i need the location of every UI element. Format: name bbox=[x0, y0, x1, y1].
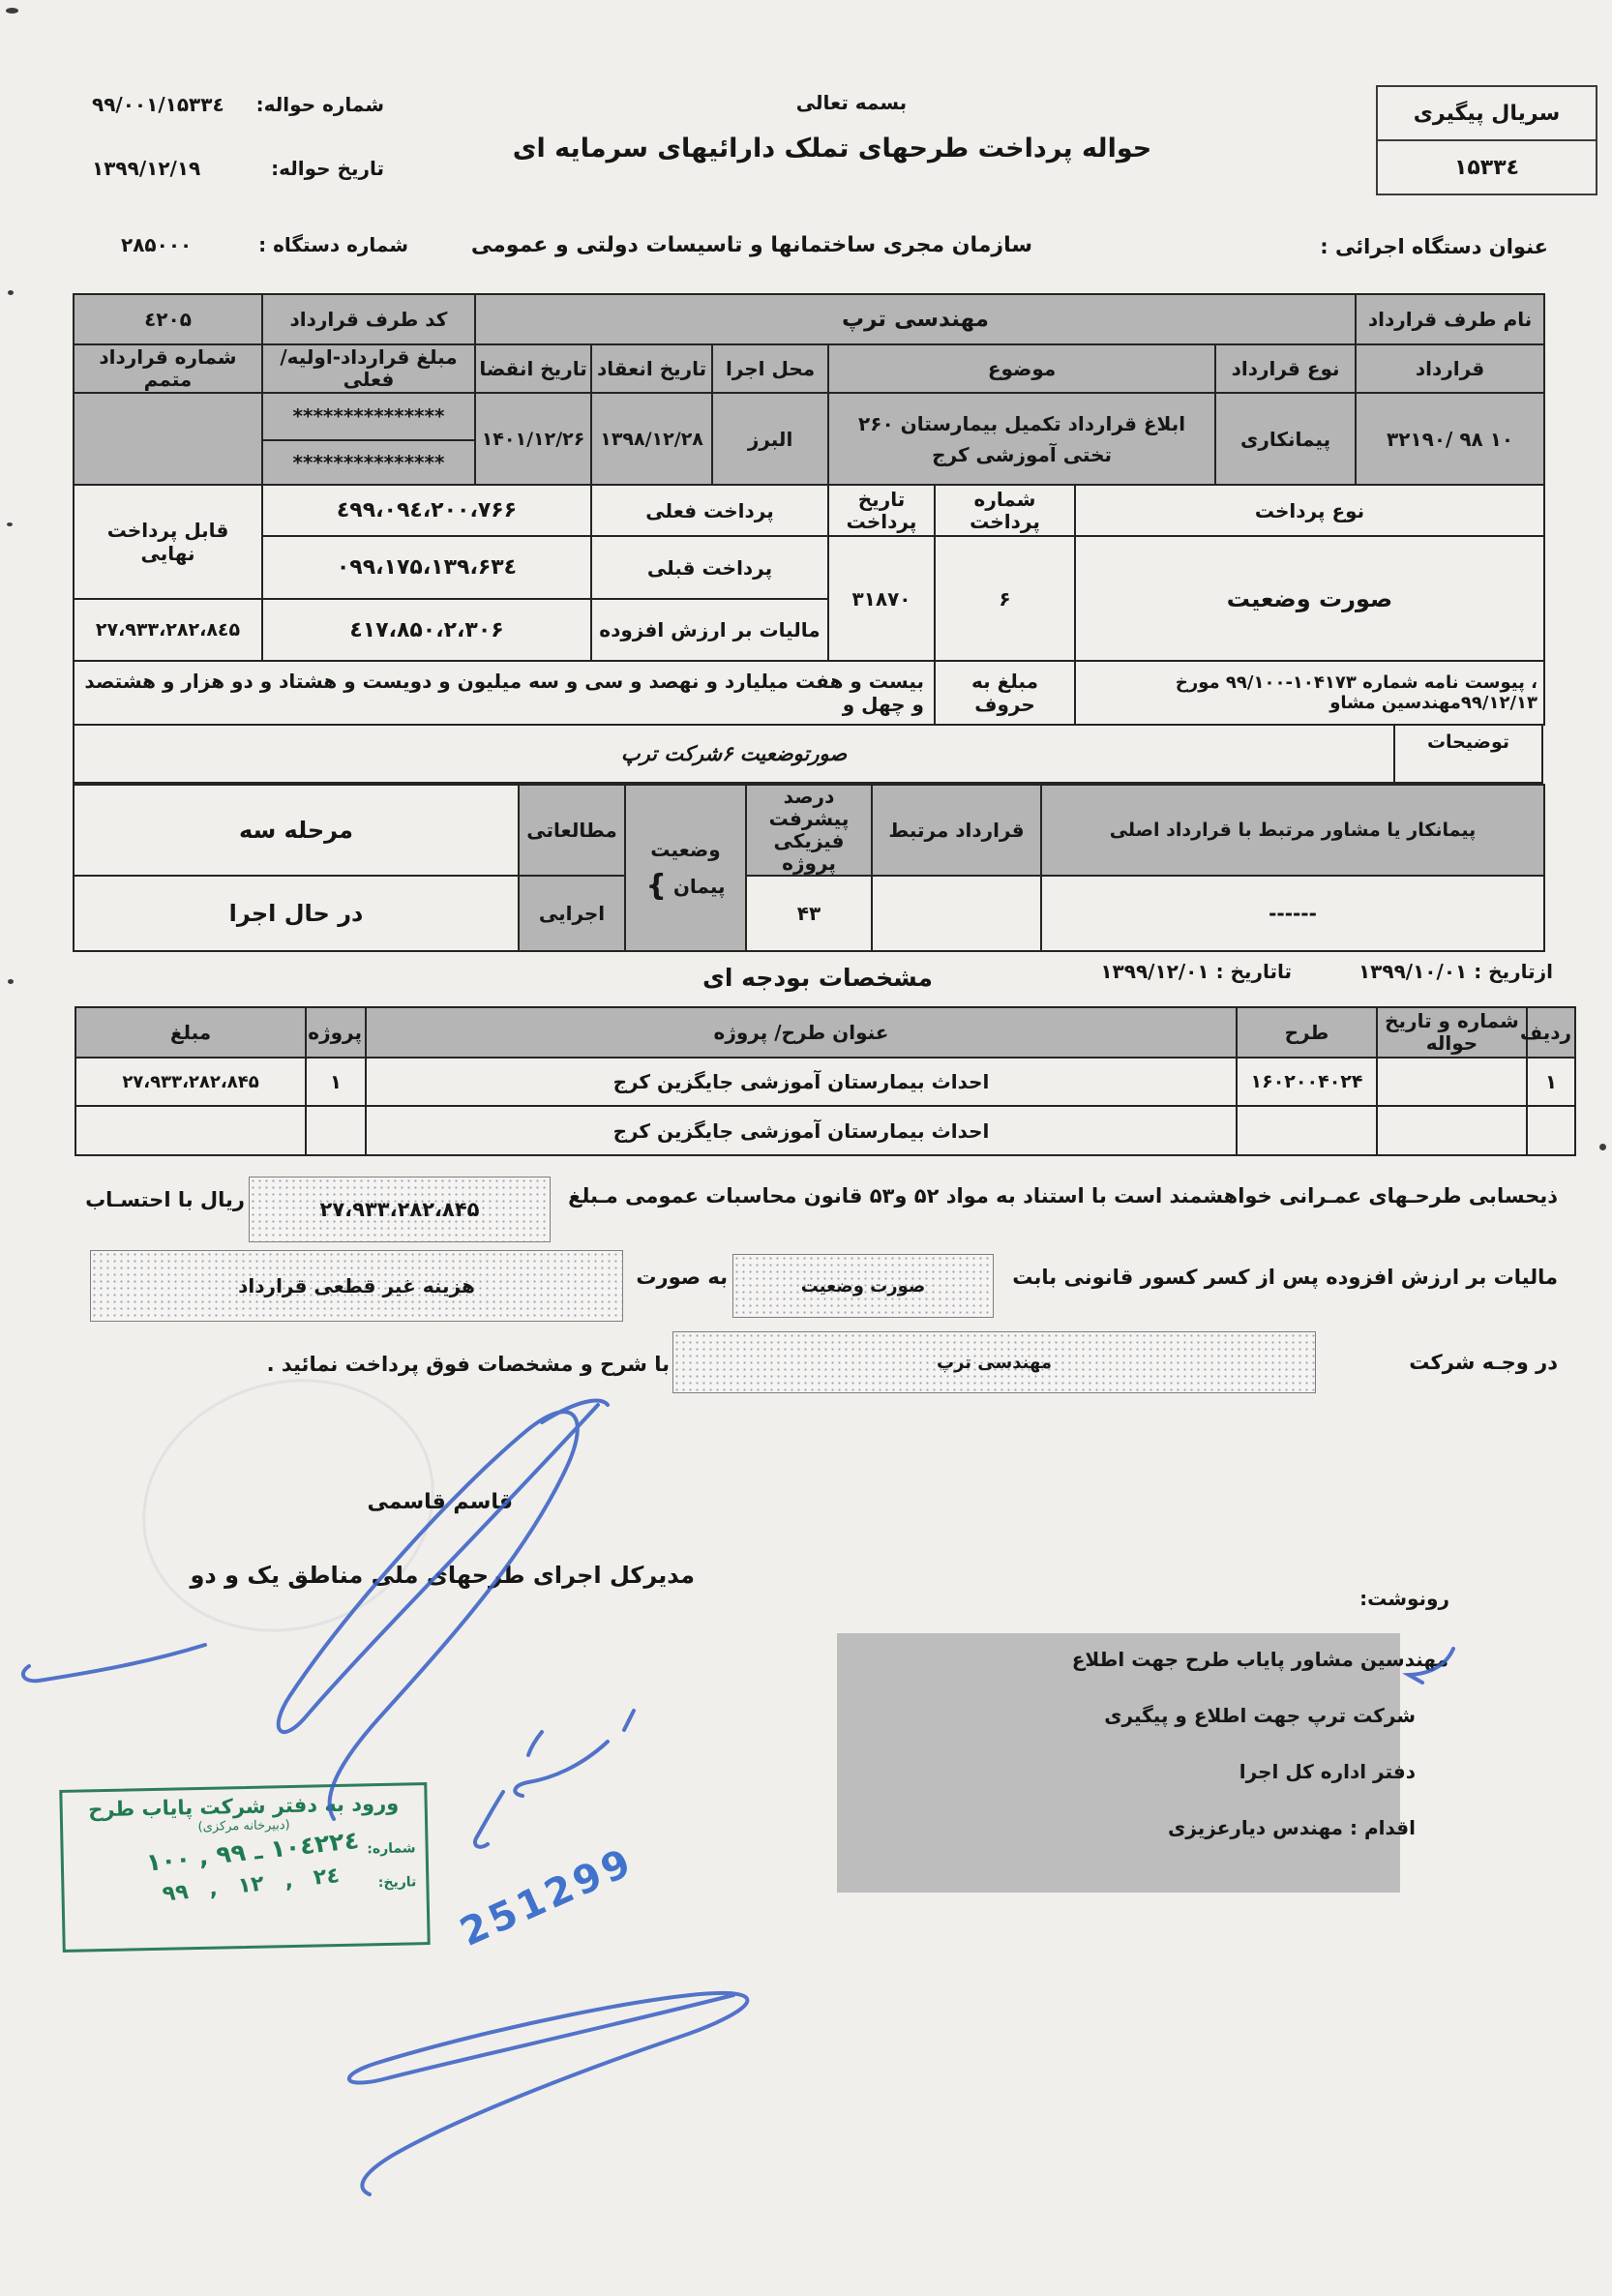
status-progress-label: درصد پیشرفت فیزیکی پروژه bbox=[746, 785, 872, 876]
contract-subject-line2: تختی آموزشی کرج bbox=[832, 443, 1211, 466]
contract-sign-date-value: ۱۳۹۸/۱۲/۲۸ bbox=[591, 393, 712, 485]
state-brace-glyph: { bbox=[646, 869, 667, 903]
budget-col-plan: طرح bbox=[1237, 1007, 1377, 1058]
budget-row-no: ۱ bbox=[1527, 1058, 1575, 1106]
status-related-contract-value bbox=[872, 876, 1041, 951]
statement-line2-mid: به صورت bbox=[631, 1266, 728, 1289]
budget-col-title: عنوان طرح/ پروژه bbox=[366, 1007, 1237, 1058]
budget-from-date: ازتاریخ : ۱۳۹۹/۱۰/۰۱ bbox=[1335, 960, 1553, 983]
payment-vat-label: مالیات بر ارزش افزوده bbox=[591, 599, 828, 661]
status-state-label: وضعیت پیمان { bbox=[625, 785, 746, 951]
handwriting-stroke-1 bbox=[624, 1711, 634, 1730]
contract-party-code-value: ٤۲۰۵ bbox=[74, 294, 262, 344]
statement-line3-right: در وجـه شرکت bbox=[1401, 1351, 1558, 1374]
payment-words-value: بیست و هفت میلیارد و نهصد و سی و سه میلی… bbox=[74, 661, 935, 725]
contract-location-label: محل اجرا bbox=[712, 344, 828, 393]
payment-type-value: صورت وضعیت bbox=[1075, 536, 1544, 661]
payment-previous-label: پرداخت قبلی bbox=[591, 536, 828, 599]
payment-date-label: تاریخ پرداخت bbox=[828, 485, 935, 536]
status-study-label: مطالعاتی bbox=[519, 785, 625, 876]
statement-line3-left: با شرح و مشخصات فوق پرداخت نمائید . bbox=[283, 1353, 670, 1376]
hawaleh-date-value: ۱۳۹۹/۱۲/۱۹ bbox=[92, 157, 200, 180]
contract-type-label: نوع قرارداد bbox=[1215, 344, 1356, 393]
hawaleh-number-row: شماره حواله: ۹۹/۰۰۱/۱۵۳۳٤ bbox=[92, 93, 384, 116]
budget-project-no-2 bbox=[306, 1106, 366, 1155]
payment-current-label: پرداخت فعلی bbox=[591, 485, 828, 536]
budget-col-project: پروژه bbox=[306, 1007, 366, 1058]
signer-name: قاسم قاسمی bbox=[329, 1490, 513, 1514]
signer-title: مدیرکل اجرای طرحهای ملی مناطق یک و دو bbox=[172, 1562, 695, 1589]
cc-item-1: مهندسین مشاور پایاب طرح جهت اطلاع bbox=[1072, 1648, 1448, 1671]
budget-title-line2: احداث بیمارستان آموزشی جایگزین کرج bbox=[366, 1106, 1237, 1155]
hawaleh-date-row: تاریخ حواله: ۱۳۹۹/۱۲/۱۹ bbox=[92, 157, 384, 180]
payment-vat-value: ۲،۳۰۶،٤۱۷،۸۵۰ bbox=[262, 599, 591, 661]
handwritten-number: 251299 bbox=[454, 1839, 641, 1955]
contract-party-label: نام طرف قرارداد bbox=[1356, 294, 1544, 344]
payment-no-value: ۶ bbox=[935, 536, 1075, 661]
budget-ref-value bbox=[1377, 1058, 1527, 1106]
scan-speck bbox=[6, 8, 18, 14]
handwriting-stroke-2 bbox=[515, 1742, 608, 1796]
statement-line1-left: ریال با احتسـاب bbox=[56, 1188, 245, 1211]
registry-entry-stamp: ورود به دفتر شرکت پایاب طرح (دبیرخانه مر… bbox=[59, 1782, 430, 1953]
contract-party-code-label: کد طرف قرارداد bbox=[262, 294, 475, 344]
scan-speck bbox=[8, 979, 14, 984]
status-table: پیمانکار یا مشاور مرتبط با قرارداد اصلی … bbox=[73, 784, 1545, 952]
contract-no-value: ۱۰ ۹۸ /۳۲۱۹۰ bbox=[1356, 393, 1544, 485]
contract-supplement-value bbox=[74, 393, 262, 485]
cc-item-2: شرکت ترپ جهت اطلاع و پیگیری bbox=[1104, 1704, 1416, 1727]
budget-row-no-2 bbox=[1527, 1106, 1575, 1155]
status-phase-value: مرحله سه bbox=[74, 785, 519, 876]
payment-attachment-note: ، پیوست نامه شماره ۱۰۴۱۷۳-۹۹/۱۰۰ مورخ ۹۹… bbox=[1075, 661, 1544, 725]
statement-status-box: صورت وضعیت bbox=[732, 1254, 994, 1318]
budget-title: مشخصات بودجه ای bbox=[697, 964, 939, 992]
contract-subject-line1: ابلاغ قرارداد تکمیل بیمارستان ۲۶۰ bbox=[832, 412, 1211, 435]
contract-amount-label: مبلغ قرارداد-اولیه/فعلی bbox=[262, 344, 475, 393]
contract-no-label: قرارداد bbox=[1356, 344, 1544, 393]
hawaleh-number-label: شماره حواله: bbox=[256, 93, 384, 116]
cc-label: رونوشت: bbox=[1343, 1587, 1449, 1610]
tracking-serial-value: ۱۵۳۳٤ bbox=[1378, 139, 1596, 194]
status-progress-value: ۴۳ bbox=[746, 876, 872, 951]
payment-current-value: ۲۰۰،۷۶۶،٤۹۹،۰۹٤ bbox=[262, 485, 591, 536]
scanned-payment-order-page: سریال پیگیری ۱۵۳۳٤ بسمه تعالی حواله پردا… bbox=[0, 0, 1612, 2296]
contract-amount-masked-current: *************** bbox=[263, 441, 474, 484]
stamp-date-label: تاریخ: bbox=[378, 1874, 417, 1891]
budget-col-amount: مبلغ bbox=[75, 1007, 306, 1058]
status-related-contract-label: قرارداد مرتبط bbox=[872, 785, 1041, 876]
flourish-stroke bbox=[349, 1993, 748, 2194]
handwriting-stroke-3 bbox=[528, 1732, 542, 1755]
statement-amount-box: ۲۷،۹۳۳،۲۸۲،۸۴۵ bbox=[249, 1177, 551, 1242]
status-phase-state: در حال اجرا bbox=[74, 876, 519, 951]
contract-location-value: البرز bbox=[712, 393, 828, 485]
payment-table: نوع پرداخت شماره پرداخت تاریخ پرداخت پرد… bbox=[73, 484, 1545, 726]
payment-previous-value: ۱۷۵،۱۳۹،۶۳٤،۰۹۹ bbox=[262, 536, 591, 599]
payment-type-label: نوع پرداخت bbox=[1075, 485, 1544, 536]
contract-type-value: پیمانکاری bbox=[1215, 393, 1356, 485]
budget-plan-code: ۱۶۰۲۰۰۴۰۲۴ bbox=[1237, 1058, 1377, 1106]
contract-subject-value: ابلاغ قرارداد تکمیل بیمارستان ۲۶۰ تختی آ… bbox=[828, 393, 1215, 485]
budget-col-row: ردیف bbox=[1527, 1007, 1575, 1058]
budget-ref-value-2 bbox=[1377, 1106, 1527, 1155]
contract-subject-label: موضوع bbox=[828, 344, 1215, 393]
payment-words-label: مبلغ به حروف bbox=[935, 661, 1075, 725]
agency-name: سازمان مجری ساختمانها و تاسیسات دولتی و … bbox=[612, 233, 1032, 257]
payment-date-value: ۳۱۸۷۰ bbox=[828, 536, 935, 661]
contract-supplement-label: شماره قرارداد متمم bbox=[74, 344, 262, 393]
tracking-serial-label: سریال پیگیری bbox=[1378, 87, 1596, 139]
device-number-label: شماره دستگاه : bbox=[258, 233, 408, 256]
budget-col-ref: شماره و تاریخ حواله bbox=[1377, 1007, 1527, 1058]
hawaleh-date-label: تاریخ حواله: bbox=[271, 157, 384, 180]
page-title: حواله پرداخت طرحهای تملک دارائیهای سرمای… bbox=[445, 134, 1219, 164]
device-number-row: شماره دستگاه : ۲۸۵۰۰۰ bbox=[121, 233, 408, 256]
agency-label: عنوان دستگاه اجرائی : bbox=[1353, 235, 1548, 258]
status-progress-label-line1: درصد پیشرفت bbox=[750, 786, 868, 830]
budget-amount-2 bbox=[75, 1106, 306, 1155]
contract-expire-date-label: تاریخ انقضا bbox=[475, 344, 591, 393]
status-state-word2: پیمان { bbox=[629, 875, 742, 898]
contract-amount-masked-initial: *************** bbox=[263, 394, 474, 441]
handwriting-stroke-4 bbox=[475, 1792, 503, 1847]
scan-speck bbox=[7, 522, 13, 526]
contract-amount-masked: *************** *************** bbox=[262, 393, 475, 485]
budget-amount: ۲۷،۹۳۳،۲۸۲،۸۴۵ bbox=[75, 1058, 306, 1106]
stamp-number-label: شماره: bbox=[367, 1840, 416, 1857]
payment-final-label: قابل پرداخت نهایی bbox=[74, 485, 262, 599]
cc-item-3: دفتر اداره کل اجرا bbox=[1239, 1760, 1416, 1783]
contract-table: نام طرف قرارداد مهندسی ترپ کد طرف قراردا… bbox=[73, 293, 1545, 486]
status-related-label: پیمانکار یا مشاور مرتبط با قرارداد اصلی bbox=[1041, 785, 1544, 876]
contract-expire-date-value: ۱۴۰۱/۱۲/۲۶ bbox=[475, 393, 591, 485]
payment-no-label: شماره پرداخت bbox=[935, 485, 1075, 536]
budget-project-no: ۱ bbox=[306, 1058, 366, 1106]
statement-line1-right: ذیحسابی طرحـهای عمـرانی خواهشمند است با … bbox=[561, 1184, 1558, 1208]
signature-stroke-top bbox=[542, 1401, 608, 1422]
statement-line2-right: مالیات بر ارزش افزوده پس از کسر کسور قان… bbox=[1001, 1266, 1558, 1289]
remarks-strip: توضیحات صورتوضعیت ۶شرکت ترپ bbox=[73, 724, 1543, 784]
signature-stroke-tail bbox=[23, 1645, 205, 1681]
payment-final-value: ۲۷،۹۳۳،۲۸۲،۸٤۵ bbox=[74, 599, 262, 661]
status-progress-label-line2: فیزیکی پروژه bbox=[750, 830, 868, 875]
status-exec-label: اجرایی bbox=[519, 876, 625, 951]
contract-party-name: مهندسی ترپ bbox=[475, 294, 1356, 344]
scan-speck bbox=[8, 290, 14, 295]
status-state-word1: وضعیت bbox=[629, 838, 742, 861]
status-related-value: ------ bbox=[1041, 876, 1544, 951]
tracking-serial-box: سریال پیگیری ۱۵۳۳٤ bbox=[1376, 85, 1597, 195]
contract-sign-date-label: تاریخ انعقاد bbox=[591, 344, 712, 393]
budget-plan-code-2 bbox=[1237, 1106, 1377, 1155]
scan-speck bbox=[1599, 1144, 1606, 1150]
statement-payee-box: مهندسی ترپ bbox=[672, 1331, 1316, 1393]
bismillah: بسمه تعالی bbox=[658, 91, 1045, 114]
budget-to-date: تاتاریخ : ۱۳۹۹/۱۲/۰۱ bbox=[1064, 960, 1292, 983]
device-number-value: ۲۸۵۰۰۰ bbox=[121, 233, 192, 256]
budget-table: ردیف شماره و تاریخ حواله طرح عنوان طرح/ … bbox=[75, 1006, 1576, 1156]
budget-title-line1: احداث بیمارستان آموزشی جایگزین کرج bbox=[366, 1058, 1237, 1106]
hawaleh-number-value: ۹۹/۰۰۱/۱۵۳۳٤ bbox=[92, 93, 224, 116]
statement-expense-box: هزینه غیر قطعی قرارداد bbox=[90, 1250, 623, 1322]
remarks-value: صورتوضعیت ۶شرکت ترپ bbox=[75, 726, 1393, 782]
cc-item-4: اقدام : مهندس دیارعزیزی bbox=[1168, 1816, 1416, 1839]
remarks-label: توضیحات bbox=[1393, 726, 1541, 782]
